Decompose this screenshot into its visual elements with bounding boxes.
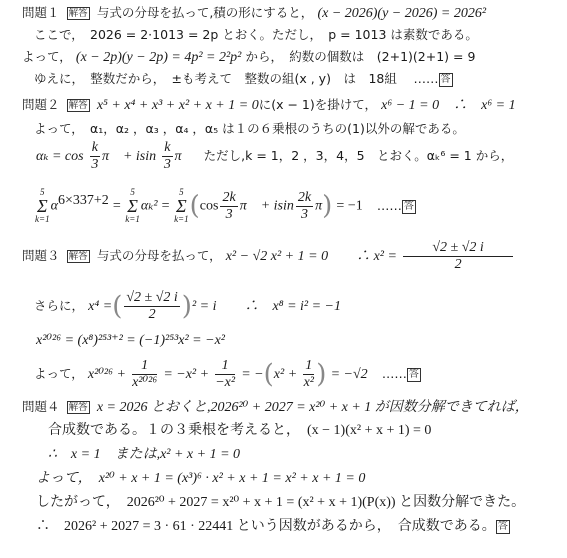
problem4-intro: x = 2026 とおくと,2026²⁰ + 2027 = x²⁰ + x + … (97, 400, 529, 415)
problem1-conclusion: ゆえに， 整数だから， ±も考えて 整数の組(x , y) は 18組 (34, 71, 409, 86)
numerator: 2k (220, 190, 237, 207)
alpha-k-note: ただし,k = 1，2 ，3，4，5 とおく。αₖ⁶ = 1 から， (204, 148, 514, 163)
sum-term1-exponent: 6×337+2 (58, 193, 109, 208)
left-paren: ( (264, 360, 274, 390)
answer-badge: 解答 (67, 401, 90, 414)
sum-lower: k=1 (174, 214, 189, 224)
problem1-intro: 与式の分母を払って,積の形にすると， (97, 5, 313, 20)
problem3-line4: よって， x²⁰²⁶ + 1x²⁰²⁶ = −x² + 1−x² = −(x² … (34, 358, 421, 391)
alpha-k-def: αₖ = cos (36, 149, 84, 164)
sigma-icon: Σ (174, 197, 189, 215)
problem2-line4: 5Σk=1α6×337+2 = 5Σk=1αₖ² = 5Σk=1(cos2k3π… (34, 188, 416, 224)
summation: 5Σk=1 (35, 188, 50, 224)
problem3-line1: 問題３ 解答 与式の分母を払って， x² − √2 x² + 1 = 0 ∴ x… (22, 240, 515, 273)
fraction: 1x²⁰²⁶ (132, 358, 157, 391)
sum-lower: k=1 (35, 214, 50, 224)
right-paren: ) (316, 360, 326, 390)
pi: π (175, 149, 182, 164)
problem1-line3-suffix: から， 約数の個数は (2+1)(2+1) = 9 (246, 49, 476, 64)
numerator: 1 (215, 358, 235, 375)
term-e: = −√2 (331, 367, 368, 382)
numerator: 1 (132, 358, 157, 375)
denominator: x² (303, 375, 314, 391)
denominator: 3 (296, 207, 313, 223)
problem3-title: 問題３ (22, 248, 60, 263)
problem1-line3-equation: (x − 2p)(y − 2p) = 4p² = 2²p² (76, 50, 241, 65)
answer-mark-icon: 答 (402, 200, 416, 214)
problem4-line5: したがって， 2026²⁰ + 2027 = x²⁰ + x + 1 = (x²… (36, 494, 525, 512)
fraction: √2 ± √2 i2 (124, 290, 179, 323)
summation: 5Σk=1 (174, 188, 189, 224)
problem2-line1: 問題２ 解答 x⁵ + x⁴ + x³ + x² + x + 1 = 0に(x … (22, 96, 516, 115)
problem4-conclusion: ∴ 2026² + 2027 = 3 · 61 · 22441 という因数がある… (36, 519, 496, 534)
numerator: √2 ± √2 i (403, 240, 513, 257)
isin: π + isin (240, 199, 294, 214)
left-paren: ( (112, 292, 122, 322)
problem4-title: 問題４ (22, 399, 60, 414)
fraction: k3 (90, 140, 100, 173)
equals: = (113, 199, 124, 214)
problem1-line3: よって， (x − 2p)(y − 2p) = 4p² = 2²p² から， 約… (22, 48, 475, 67)
denominator: 2 (403, 257, 513, 273)
problem1-equation: (x − 2026)(y − 2026) = 2026² (317, 6, 486, 21)
fraction: k3 (162, 140, 172, 173)
sum-term1: α (51, 199, 58, 214)
problem2-line3: αₖ = cos k3π + isin k3π ただし,k = 1，2 ，3，4… (36, 140, 513, 173)
problem2-equation: x⁵ + x⁴ + x³ + x² + x + 1 = 0 (97, 98, 259, 113)
right-paren: ) (322, 191, 332, 221)
sigma-icon: Σ (125, 197, 140, 215)
problem1-title: 問題１ (22, 5, 60, 20)
problem4-line3: ∴ x = 1 または,x² + x + 1 = 0 (48, 446, 240, 464)
denominator: −x² (215, 375, 235, 391)
answer-mark-icon: 答 (407, 368, 421, 382)
problem2-title: 問題２ (22, 97, 60, 112)
term-a: x²⁰²⁶ + (88, 367, 126, 382)
problem4-line4: よって， x²⁰ + x + 1 = (x³)⁶ · x² + x + 1 = … (36, 470, 365, 488)
denominator: 2 (124, 307, 179, 323)
answer-badge: 解答 (67, 99, 90, 112)
problem1-line3-prefix: よって， (22, 49, 72, 64)
sum-lower: k=1 (125, 214, 140, 224)
denominator: 3 (90, 157, 100, 173)
ellipsis: …… (377, 198, 402, 213)
equals: = (162, 199, 173, 214)
problem3-line2-prefix: さらに， (34, 298, 84, 313)
fraction: 2k3 (296, 190, 313, 223)
answer-badge: 解答 (67, 7, 90, 20)
denominator: x²⁰²⁶ (132, 375, 157, 391)
problem3-line4-prefix: よって， (34, 366, 84, 381)
problem3-intro: 与式の分母を払って， (97, 248, 222, 263)
numerator: 1 (303, 358, 314, 375)
sum-result: = −1 (336, 199, 362, 214)
x4-rhs: ² = i ∴ x⁸ = i² = −1 (192, 299, 341, 314)
numerator: k (162, 140, 172, 157)
problem3-line3: x²⁰²⁶ = (x⁸)²⁵³⁺² = (−1)²⁵³x² = −x² (36, 332, 225, 350)
term-b: = −x² + (163, 367, 209, 382)
term-c: = − (241, 367, 263, 382)
denominator: 3 (220, 207, 237, 223)
denominator: 3 (162, 157, 172, 173)
answer-mark-icon: 答 (439, 73, 453, 87)
problem1-line1: 問題１ 解答 与式の分母を払って,積の形にすると， (x − 2026)(y −… (22, 4, 486, 23)
problem4-line2: 合成数である。１の３乗根を考えると， (x − 1)(x² + x + 1) =… (48, 422, 431, 440)
answer-badge: 解答 (67, 250, 90, 263)
problem2-text: に(x − 1)を掛けて， (259, 97, 377, 112)
term-d: x² + (274, 367, 297, 382)
x4-lhs: x⁴ = (88, 299, 112, 314)
numerator: √2 ± √2 i (124, 290, 179, 307)
alpha-k-mid: π + isin (102, 149, 156, 164)
ellipsis: …… (382, 366, 407, 381)
ellipsis: …… (414, 71, 439, 86)
answer-mark-icon: 答 (496, 520, 510, 534)
problem1-line2: ここで， 2026 = 2·1013 = 2p とおく。ただし， p = 101… (34, 26, 478, 44)
cos: cos (200, 199, 219, 214)
left-paren: ( (190, 191, 200, 221)
fraction: 1x² (303, 358, 314, 391)
numerator: 2k (296, 190, 313, 207)
problem4-line1: 問題４ 解答 x = 2026 とおくと,2026²⁰ + 2027 = x²⁰… (22, 398, 529, 417)
problem3-equation: x² − √2 x² + 1 = 0 ∴ x² = (226, 249, 397, 264)
right-paren: ) (182, 292, 192, 322)
sum-term2: αₖ² (141, 199, 158, 214)
summation: 5Σk=1 (125, 188, 140, 224)
problem2-line2: よって， α₁，α₂ ，α₃ ，α₄ ，α₅ は１の６乗根のうちの(1)以外の解… (34, 120, 465, 138)
problem4-line6: ∴ 2026² + 2027 = 3 · 61 · 22441 という因数がある… (36, 518, 510, 536)
sigma-icon: Σ (35, 197, 50, 215)
problem3-line2: さらに， x⁴ =(√2 ± √2 i2)² = i ∴ x⁸ = i² = −… (34, 290, 341, 323)
fraction: 1−x² (215, 358, 235, 391)
problem1-line4: ゆえに， 整数だから， ±も考えて 整数の組(x , y) は 18組 ……答 (34, 70, 453, 89)
fraction: √2 ± √2 i2 (403, 240, 513, 273)
problem2-result: x⁶ − 1 = 0 ∴ x⁶ = 1 (381, 98, 516, 113)
fraction: 2k3 (220, 190, 237, 223)
numerator: k (90, 140, 100, 157)
